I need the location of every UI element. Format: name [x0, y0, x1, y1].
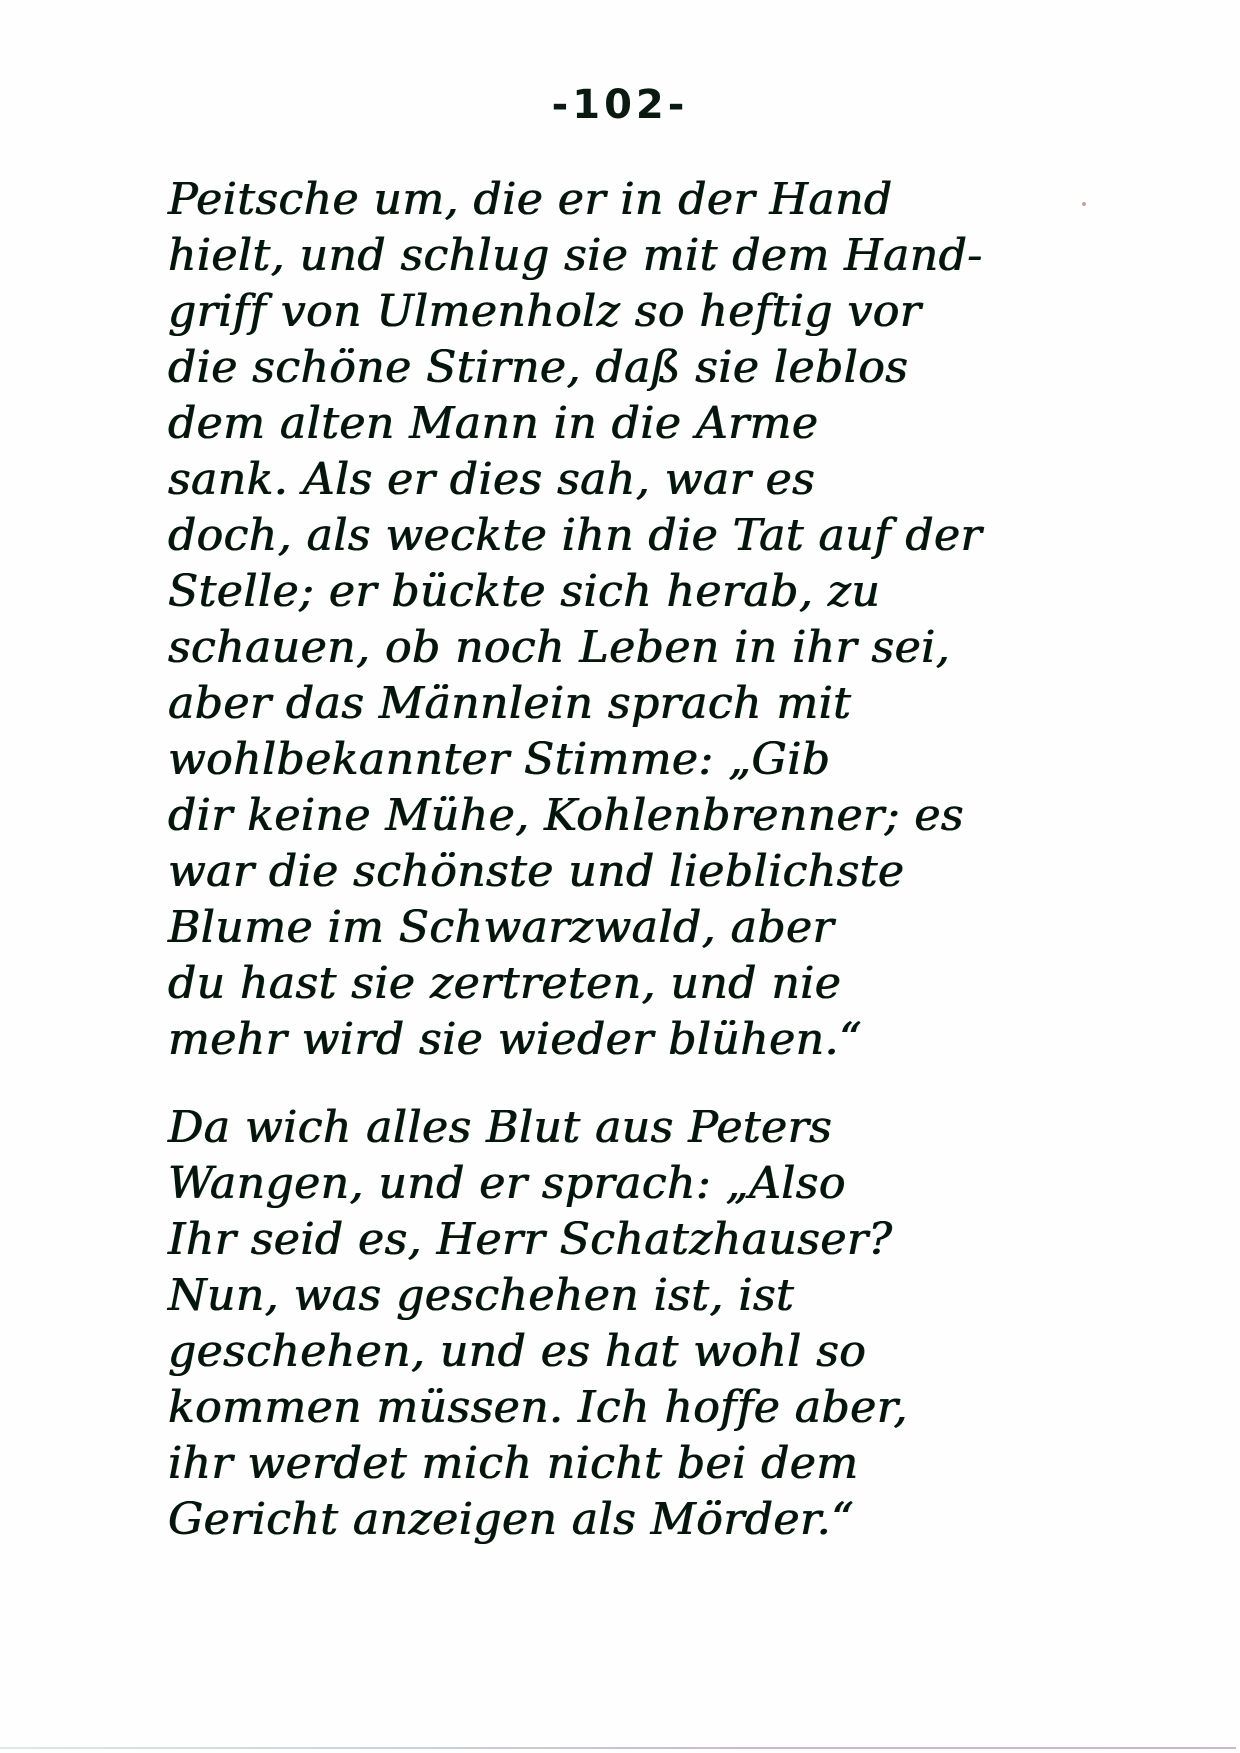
- scan-bottom-edge: [0, 1747, 1236, 1749]
- text-line: Nun, was geschehen ist, ist: [168, 1266, 794, 1326]
- text-line: Stelle; er bückte sich herab, zu: [168, 562, 880, 622]
- text-line: Blume im Schwarzwald, aber: [168, 898, 834, 958]
- text-line: dir keine Mühe, Kohlenbrenner; es: [168, 786, 964, 846]
- text-line: dem alten Mann in die Arme: [168, 394, 818, 454]
- text-line: ihr werdet mich nicht bei dem: [168, 1434, 859, 1494]
- text-line: schauen, ob noch Leben in ihr sei,: [168, 618, 950, 678]
- text-line: kommen müssen. Ich hoffe aber,: [168, 1378, 908, 1438]
- text-line: doch, als weckte ihn die Tat auf der: [168, 506, 982, 566]
- text-line: aber das Männlein sprach mit: [168, 674, 851, 734]
- text-line: wohlbekannter Stimme: „Gib: [168, 730, 830, 790]
- text-line: Gericht anzeigen als Mörder.“: [168, 1490, 854, 1550]
- text-line: Da wich alles Blut aus Peters: [168, 1098, 832, 1158]
- text-line: Wangen, und er sprach: „Also: [168, 1154, 846, 1214]
- text-line: sank. Als er dies sah, war es: [168, 450, 815, 510]
- text-line: mehr wird sie wieder blühen.“: [168, 1010, 862, 1070]
- text-line: die schöne Stirne, daß sie leblos: [168, 338, 908, 398]
- text-line: geschehen, und es hat wohl so: [168, 1322, 866, 1382]
- text-line: du hast sie zertreten, und nie: [168, 954, 841, 1014]
- text-line: Peitsche um, die er in der Hand: [168, 170, 893, 230]
- text-line: hielt, und schlug sie mit dem Hand-: [168, 226, 983, 286]
- scan-speck: [1082, 202, 1086, 206]
- text-line: war die schönste und lieblichste: [168, 842, 904, 902]
- manuscript-page: -102- Peitsche um, die er in der Hand hi…: [0, 0, 1240, 1753]
- text-line: Ihr seid es, Herr Schatzhauser?: [168, 1210, 893, 1270]
- page-number: -102-: [0, 82, 1240, 128]
- text-line: griff von Ulmenholz so heftig vor: [168, 282, 921, 342]
